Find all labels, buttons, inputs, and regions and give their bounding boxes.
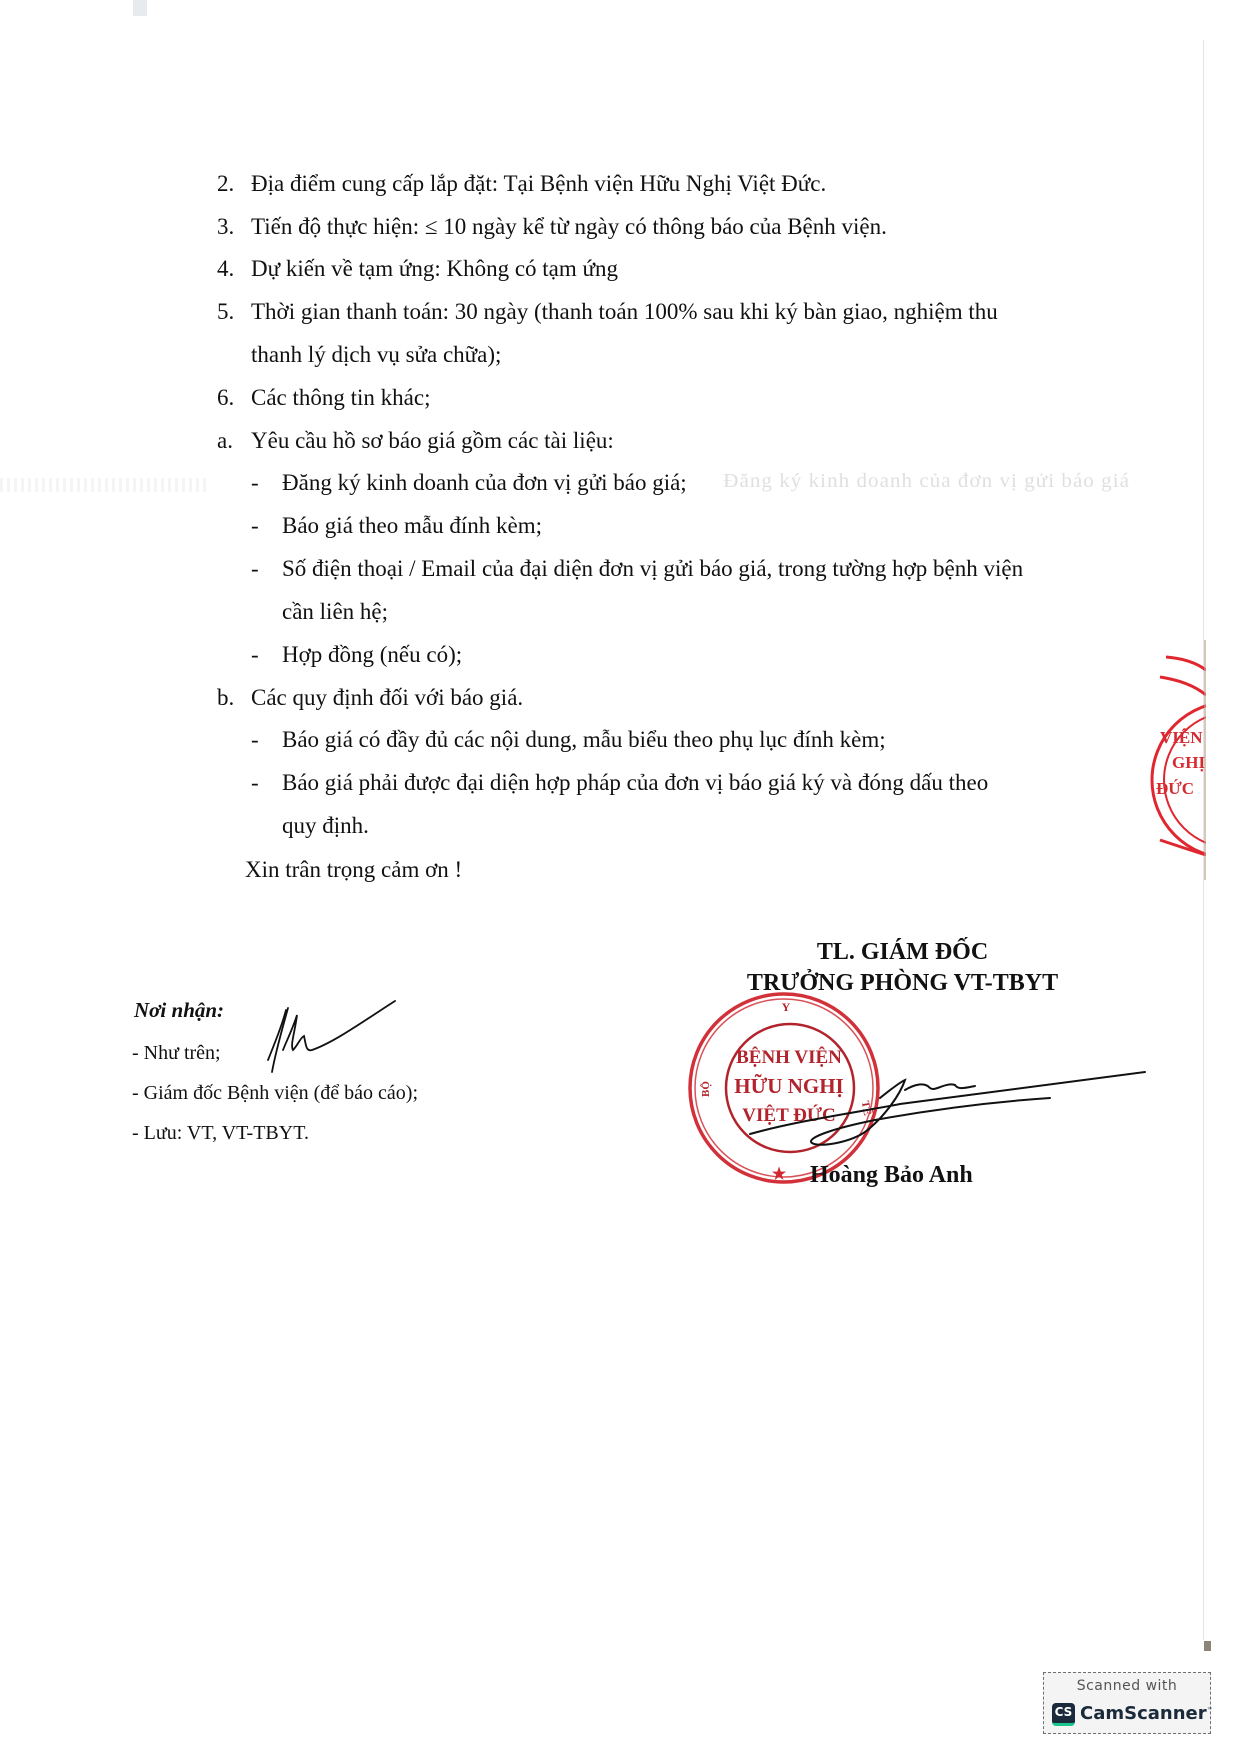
watermark-brand: CamScanner™ — [1080, 1703, 1213, 1724]
scan-artifact — [1204, 1641, 1211, 1651]
stamp-line-2: HỮU NGHỊ — [734, 1074, 843, 1098]
watermark-caption: Scanned with — [1044, 1678, 1210, 1694]
edge-stamp-line-2: GHỊ — [1172, 753, 1205, 772]
bullet-text: Báo giá phải được đại diện hợp pháp của … — [282, 769, 988, 797]
bullet-text: Số điện thoại / Email của đại diện đơn v… — [282, 555, 1023, 583]
bullet-dash: - — [251, 726, 259, 754]
signer-name: Hoàng Bảo Anh — [810, 1160, 973, 1190]
recipient-item: - Lưu: VT, VT-TBYT. — [132, 1120, 309, 1146]
edge-stamp-line-1: VIỆN — [1160, 728, 1203, 747]
bullet-text: Báo giá theo mẫu đính kèm; — [282, 512, 542, 540]
edge-seal-stamp: VIỆN GHỊ ĐỨC — [1140, 640, 1206, 880]
stamp-line-1: BỆNH VIỆN — [736, 1046, 842, 1068]
stamp-ring-right: TẾ — [859, 1100, 874, 1117]
initial-signature — [268, 1001, 395, 1072]
item-text: Dự kiến về tạm ứng: Không có tạm ứng — [251, 255, 618, 283]
item-text: Tiến độ thực hiện: ≤ 10 ngày kể từ ngày … — [251, 213, 887, 241]
bullet-dash: - — [251, 769, 259, 797]
section-marker: b. — [217, 684, 234, 712]
bullet-text: Báo giá có đầy đủ các nội dung, mẫu biểu… — [282, 726, 886, 754]
brand-name: CamScanner — [1080, 1703, 1207, 1724]
signature-title: TL. GIÁM ĐỐC — [700, 937, 1105, 967]
edge-stamp-line-3: ĐỨC — [1156, 779, 1194, 798]
item-number: 3. — [217, 213, 234, 241]
item-number: 4. — [217, 255, 234, 283]
bullet-dash: - — [251, 469, 259, 497]
section-title: Các quy định đối với báo giá. — [251, 684, 523, 712]
bleed-through-text — [0, 478, 210, 492]
bullet-text: Hợp đồng (nếu có); — [282, 641, 462, 669]
item-number: 2. — [217, 170, 234, 198]
stamp-line-3: VIỆT ĐỨC — [742, 1104, 835, 1126]
bleed-through-text: Đăng ký kinh doanh của đơn vị gửi báo gi… — [723, 470, 1217, 494]
closing-text: Xin trân trọng cảm ơn ! — [245, 856, 462, 884]
camscanner-watermark: Scanned with CS CamScanner™ — [1043, 1672, 1211, 1734]
handwritten-signatures — [0, 0, 1240, 1755]
recipient-item: - Giám đốc Bệnh viện (để báo cáo); — [132, 1080, 418, 1106]
camscanner-logo-icon: CS — [1052, 1703, 1075, 1726]
item-text: Các thông tin khác; — [251, 384, 431, 412]
bullet-dash: - — [251, 512, 259, 540]
bullet-text: cần liên hệ; — [282, 598, 388, 626]
item-number: 6. — [217, 384, 234, 412]
section-marker: a. — [217, 427, 233, 455]
official-stamp: BỆNH VIỆN HỮU NGHỊ VIỆT ĐỨC Y BỘ TẾ ★ — [686, 990, 882, 1186]
recipients-heading: Nơi nhận: — [134, 998, 224, 1023]
item-number: 5. — [217, 298, 234, 326]
item-text: thanh lý dịch vụ sửa chữa); — [251, 341, 501, 369]
item-text: Thời gian thanh toán: 30 ngày (thanh toá… — [251, 298, 998, 326]
bullet-text: quy định. — [282, 812, 369, 840]
stamp-ring-top: Y — [782, 1000, 791, 1014]
star-icon: ★ — [772, 1166, 787, 1183]
bullet-text: Đăng ký kinh doanh của đơn vị gửi báo gi… — [282, 469, 687, 497]
scan-artifact — [133, 0, 147, 16]
item-text: Địa điểm cung cấp lắp đặt: Tại Bệnh viện… — [251, 170, 826, 198]
bullet-dash: - — [251, 555, 259, 583]
trademark-symbol: ™ — [1207, 1707, 1213, 1714]
stamp-ring-left: BỘ — [699, 1081, 712, 1097]
bullet-dash: - — [251, 641, 259, 669]
section-title: Yêu cầu hồ sơ báo giá gồm các tài liệu: — [251, 427, 614, 455]
recipient-item: - Như trên; — [132, 1040, 221, 1066]
